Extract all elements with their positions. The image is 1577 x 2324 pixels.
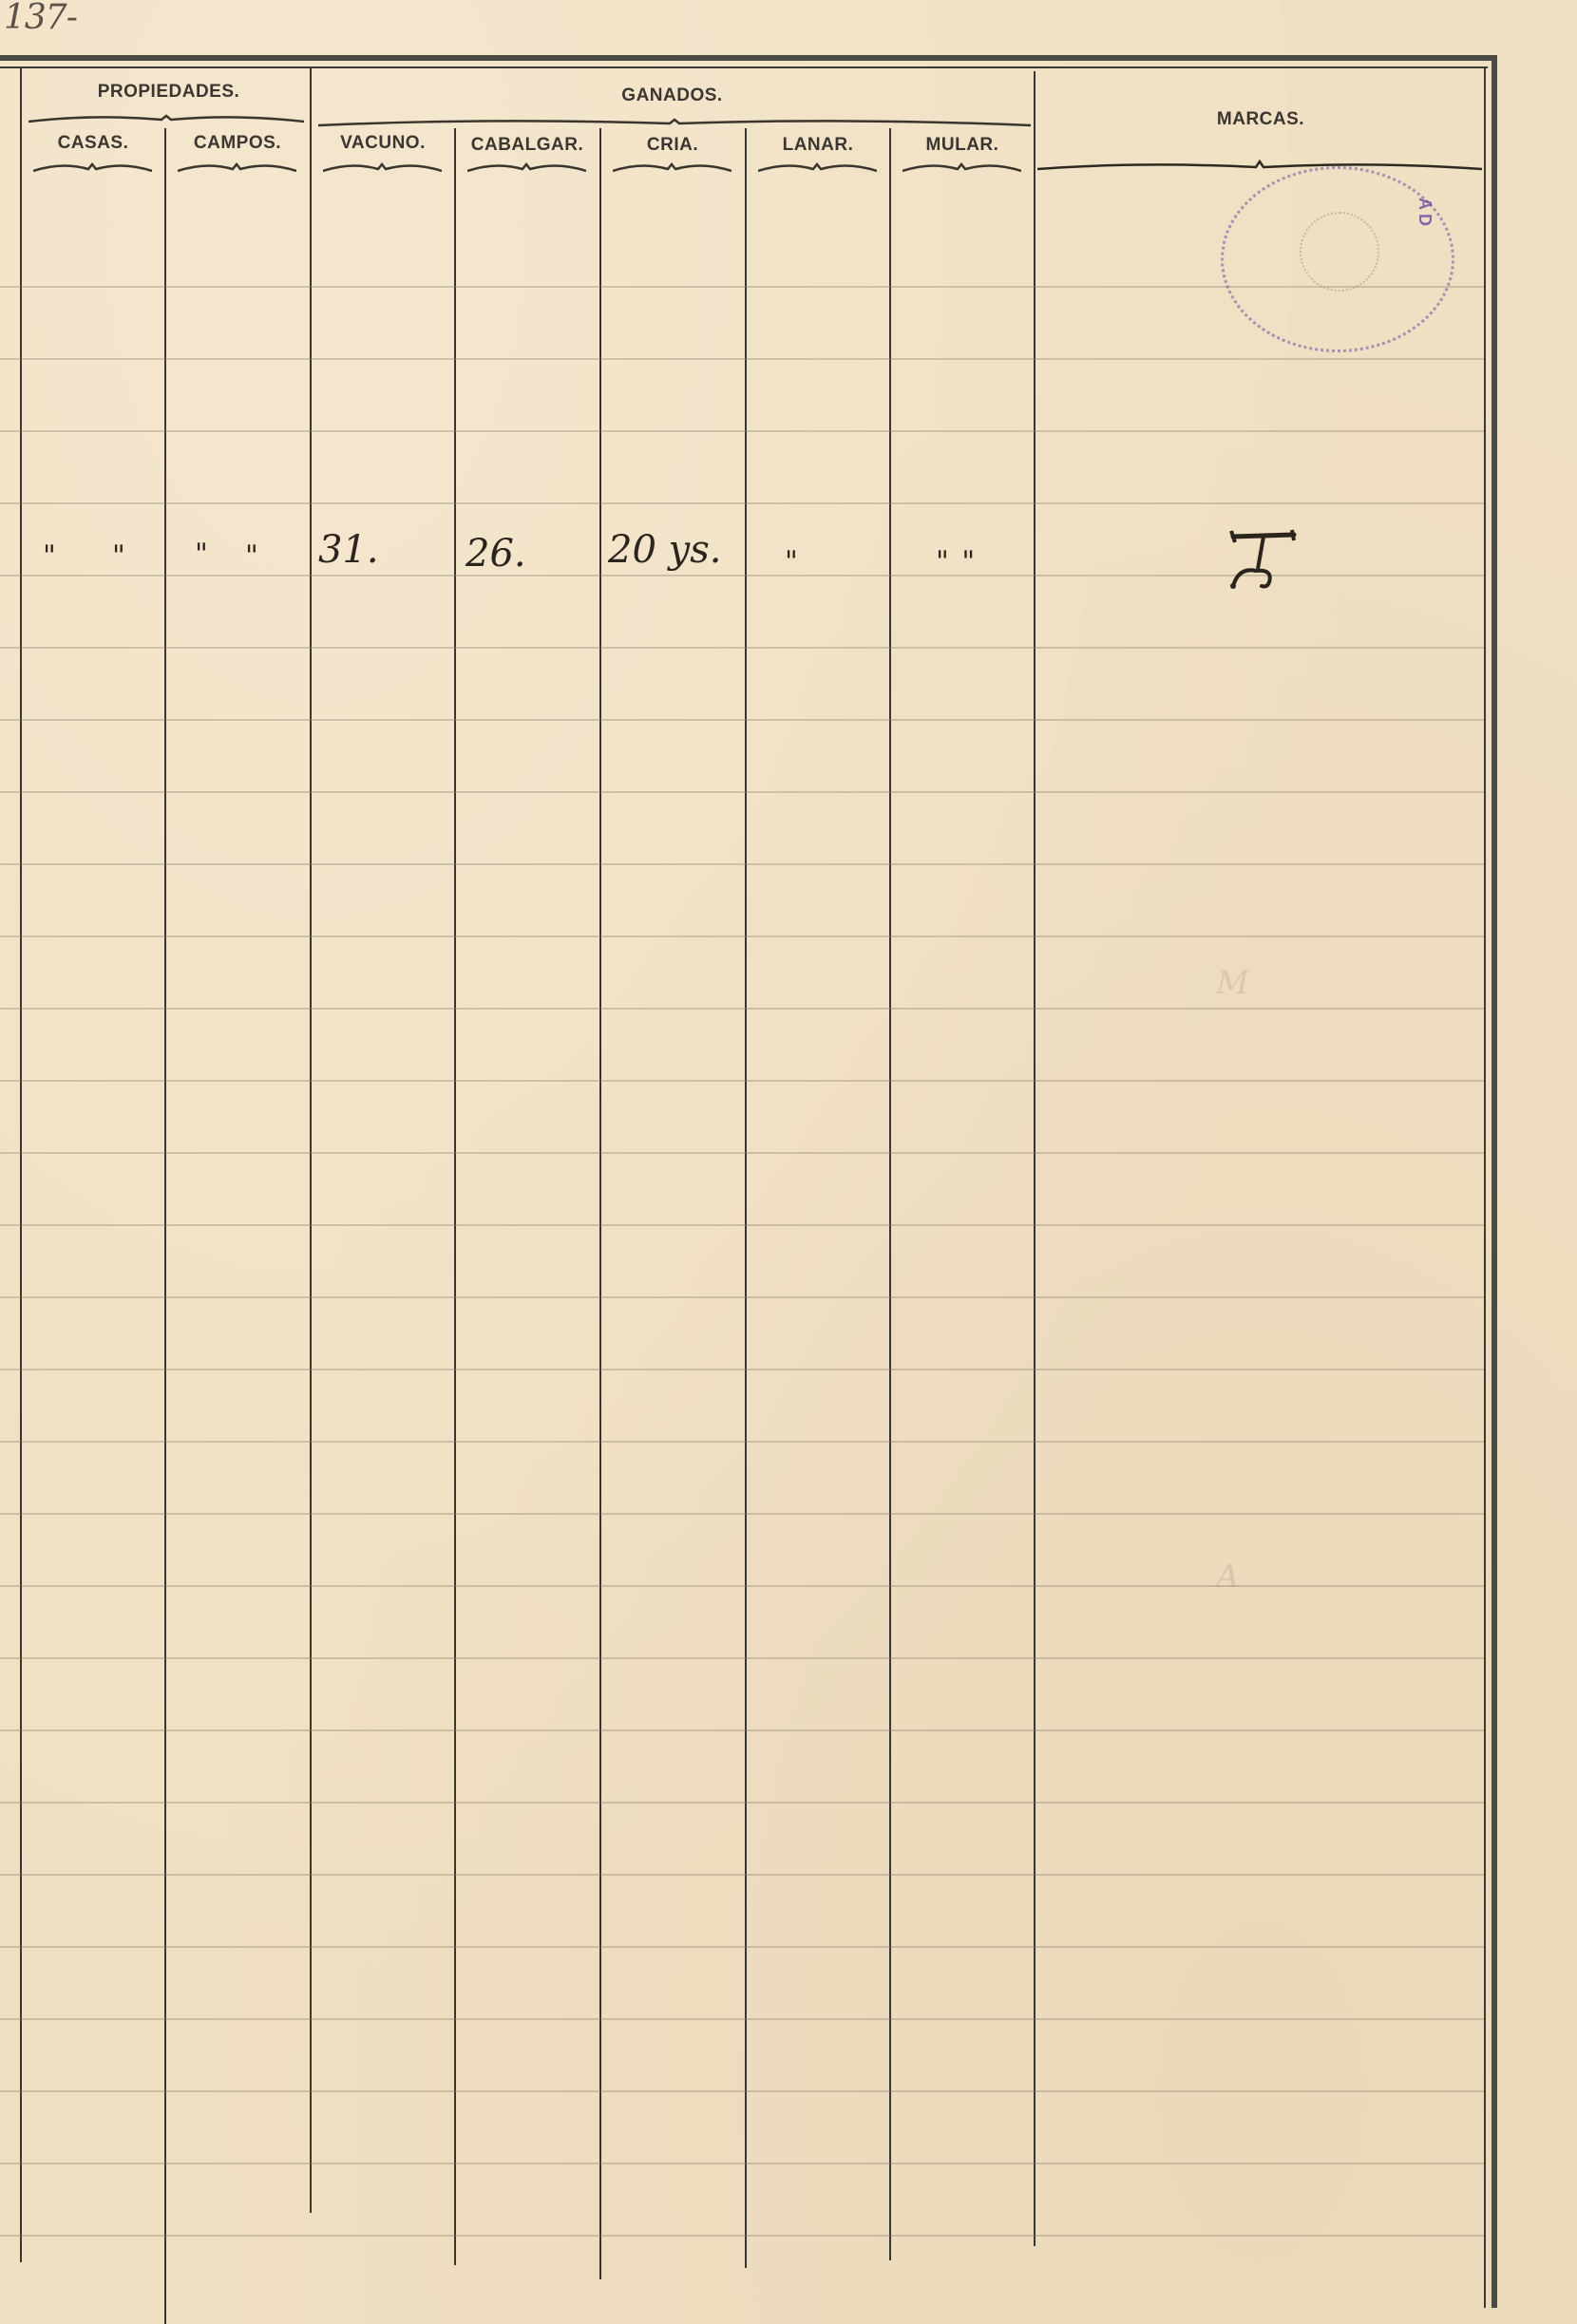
column-header-cabalgar: CABALGAR. bbox=[456, 135, 598, 156]
entry-campos-ditto-2: " bbox=[245, 539, 260, 573]
row-ruling-line bbox=[0, 1585, 1484, 1587]
row-ruling-line bbox=[0, 1874, 1484, 1876]
row-ruling-line bbox=[0, 863, 1484, 865]
column-header-campos: CAMPOS. bbox=[166, 133, 309, 154]
entry-vacuno: 31. bbox=[318, 528, 379, 572]
entry-lanar-ditto: " bbox=[785, 545, 800, 578]
row-ruling-line bbox=[0, 430, 1484, 432]
column-divider bbox=[599, 128, 601, 2279]
row-ruling-line bbox=[0, 2018, 1484, 2020]
row-ruling-line bbox=[0, 1729, 1484, 1731]
row-ruling-line bbox=[0, 791, 1484, 793]
row-ruling-line bbox=[0, 647, 1484, 649]
entry-cria: 20 ys. bbox=[608, 528, 721, 572]
row-ruling-line bbox=[0, 935, 1484, 937]
column-divider bbox=[1034, 71, 1035, 2246]
bleed-through-mark: M bbox=[1216, 964, 1249, 1002]
column-header-lanar: LANAR. bbox=[747, 135, 889, 156]
group-header-propiedades: PROPIEDADES. bbox=[28, 82, 309, 103]
entry-campos-ditto-1: " bbox=[195, 538, 210, 571]
column-header-mular: MULAR. bbox=[891, 135, 1034, 156]
row-ruling-line bbox=[0, 1296, 1484, 1298]
page-number-annotation: 137- bbox=[4, 0, 77, 37]
row-ruling-line bbox=[0, 1080, 1484, 1082]
column-header-casas: CASAS. bbox=[22, 133, 164, 154]
row-ruling-line bbox=[0, 358, 1484, 360]
column-header-vacuno: VACUNO. bbox=[312, 133, 454, 154]
right-border-thick bbox=[1491, 55, 1497, 2308]
group-swash-propiedades bbox=[28, 112, 304, 125]
row-ruling-line bbox=[0, 1008, 1484, 1010]
cattle-brand-icon bbox=[1225, 527, 1301, 594]
row-ruling-line bbox=[0, 1946, 1484, 1948]
column-swash-ornament bbox=[902, 161, 1021, 175]
column-swash-ornament bbox=[323, 161, 442, 175]
row-ruling-line bbox=[0, 1513, 1484, 1515]
top-border-thin bbox=[0, 66, 1488, 68]
column-swash-ornament bbox=[467, 161, 586, 175]
entry-casas-ditto-2: " bbox=[112, 539, 127, 573]
stamp-emblem bbox=[1300, 212, 1379, 292]
entry-mular-ditto: " " bbox=[936, 545, 977, 578]
column-divider bbox=[20, 68, 22, 2262]
top-border-thick bbox=[0, 55, 1497, 61]
group-swash-marcas bbox=[1037, 160, 1482, 173]
row-ruling-line bbox=[0, 1369, 1484, 1370]
row-ruling-line bbox=[0, 1152, 1484, 1154]
group-header-ganados: GANADOS. bbox=[313, 85, 1031, 106]
official-stamp: AD bbox=[1221, 166, 1454, 352]
entry-cabalgar: 26. bbox=[465, 532, 526, 576]
row-ruling-line bbox=[0, 1657, 1484, 1659]
column-swash-ornament bbox=[178, 161, 296, 175]
column-header-marcas: MARCAS. bbox=[1037, 109, 1484, 130]
row-ruling-line bbox=[0, 719, 1484, 721]
column-divider bbox=[164, 128, 166, 2324]
column-divider bbox=[889, 128, 891, 2260]
column-swash-ornament bbox=[613, 161, 731, 175]
column-divider bbox=[310, 68, 312, 2213]
row-ruling-line bbox=[0, 2163, 1484, 2164]
column-divider bbox=[454, 128, 456, 2265]
row-ruling-line bbox=[0, 1224, 1484, 1226]
row-ruling-line bbox=[0, 1441, 1484, 1443]
stamp-text: AD bbox=[1415, 198, 1434, 230]
bleed-through-mark: A bbox=[1216, 1558, 1240, 1596]
column-swash-ornament bbox=[758, 161, 877, 175]
column-swash-ornament bbox=[33, 161, 152, 175]
row-ruling-line bbox=[0, 1802, 1484, 1804]
entry-casas-ditto-1: " bbox=[43, 539, 58, 573]
right-border-thin bbox=[1484, 66, 1486, 2308]
row-ruling-line bbox=[0, 502, 1484, 504]
row-ruling-line bbox=[0, 2090, 1484, 2092]
column-header-cria: CRIA. bbox=[601, 135, 744, 156]
row-ruling-line bbox=[0, 2235, 1484, 2237]
group-swash-ganados bbox=[318, 116, 1031, 129]
